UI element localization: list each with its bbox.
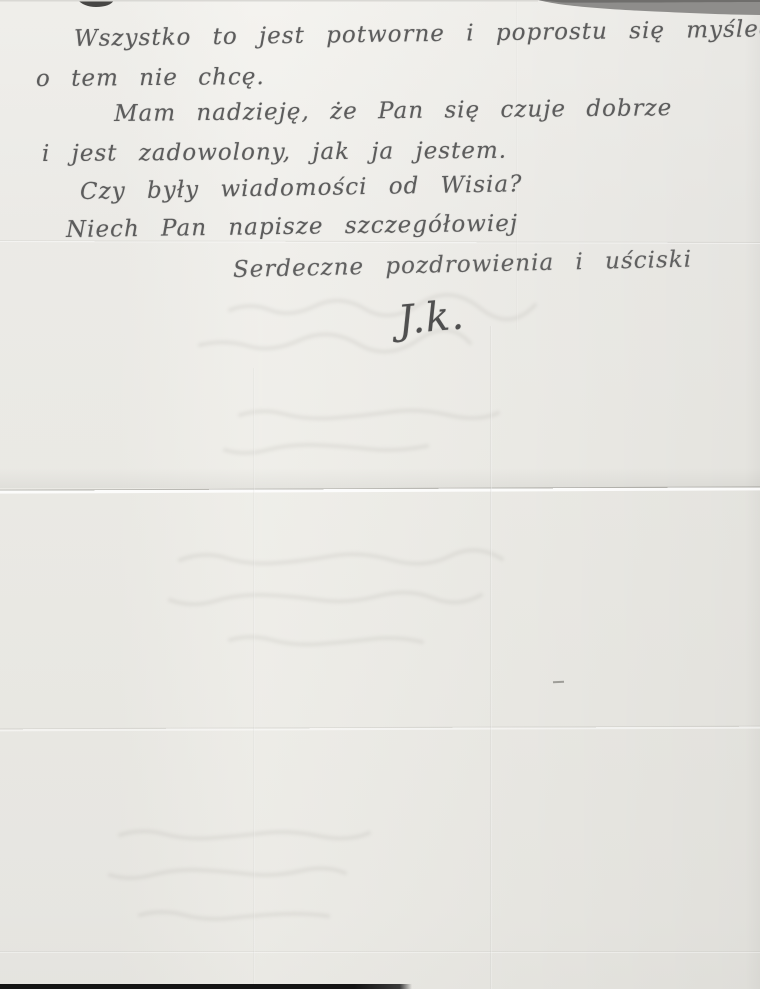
scanned-letter-page: Wszystko to jest potworne i poprostu się… [0, 0, 760, 989]
fold-crease-vertical-right [490, 326, 492, 989]
fold-crease-vertical-upper [516, 0, 518, 330]
signature-initials: J.k. [396, 292, 466, 344]
fold-crease-shadow [0, 468, 760, 488]
handwriting-line-2: o tem nie chcę. [36, 64, 265, 92]
fold-crease-vertical-left [253, 368, 255, 989]
scanner-edge-top [0, 0, 760, 20]
scan-artifact-bottom-edge [0, 984, 412, 989]
stray-pencil-mark [553, 681, 564, 683]
handwriting-line-4: i jest zadowolony, jak ja jestem. [42, 138, 507, 167]
fold-crease-horizontal-bottom [0, 951, 760, 953]
